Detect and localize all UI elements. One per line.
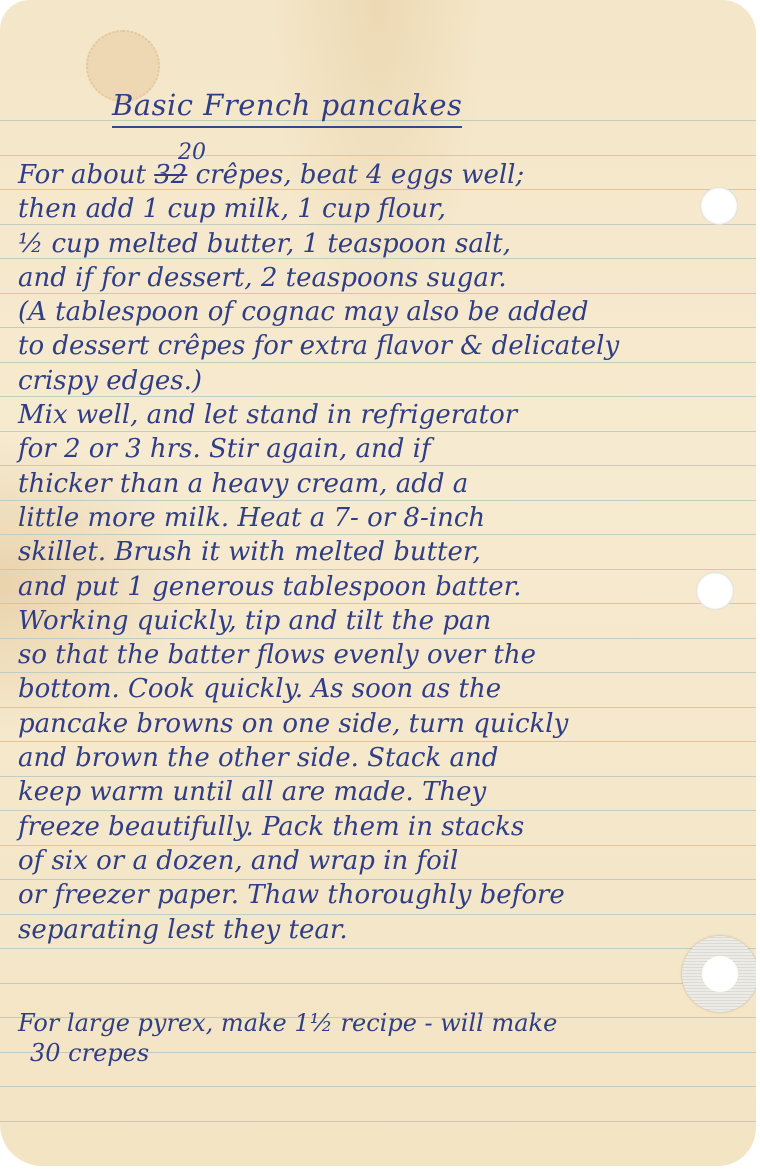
struck-yield: 32 <box>154 160 187 190</box>
ruled-line <box>0 1086 756 1087</box>
note-line: For large pyrex, make 1½ recipe - will m… <box>18 1008 748 1038</box>
recipe-line: and if for dessert, 2 teaspoons sugar. <box>18 261 728 295</box>
recipe-line: freeze beautifully. Pack them in stacks <box>18 810 728 844</box>
note-line: 30 crepes <box>18 1038 748 1068</box>
ruled-line <box>0 155 756 156</box>
recipe-line: For about 32 crêpes, beat 4 eggs well; <box>18 158 728 192</box>
recipe-line: Mix well, and let stand in refrigerator <box>18 398 728 432</box>
recipe-line: so that the batter flows evenly over the <box>18 638 728 672</box>
recipe-line: and brown the other side. Stack and <box>18 741 728 775</box>
recipe-line: thicker than a heavy cream, add a <box>18 467 728 501</box>
recipe-line: pancake browns on one side, turn quickly <box>18 707 728 741</box>
line-text: For about <box>18 160 154 190</box>
recipe-line: Working quickly, tip and tilt the pan <box>18 604 728 638</box>
ruled-line <box>0 948 756 949</box>
ruled-line <box>0 983 756 984</box>
recipe-line: to dessert crêpes for extra flavor & del… <box>18 329 728 363</box>
recipe-card: Basic French pancakes 20 For about 32 cr… <box>0 0 756 1166</box>
recipe-line: of six or a dozen, and wrap in foil <box>18 844 728 878</box>
recipe-line: ½ cup melted butter, 1 teaspoon salt, <box>18 227 728 261</box>
line-text: crêpes, beat 4 eggs well; <box>187 160 524 190</box>
recipe-line: keep warm until all are made. They <box>18 775 728 809</box>
recipe-line: and put 1 generous tablespoon batter. <box>18 570 728 604</box>
recipe-line: skillet. Brush it with melted butter, <box>18 535 728 569</box>
recipe-line: for 2 or 3 hrs. Stir again, and if <box>18 432 728 466</box>
recipe-instructions: For about 32 crêpes, beat 4 eggs well; t… <box>18 158 728 947</box>
hole-reinforcement-ring <box>682 936 756 1012</box>
recipe-line: then add 1 cup milk, 1 cup flour, <box>18 192 728 226</box>
recipe-line: crispy edges.) <box>18 364 728 398</box>
scaling-note: For large pyrex, make 1½ recipe - will m… <box>18 1008 748 1068</box>
recipe-line: separating lest they tear. <box>18 913 728 947</box>
recipe-line: little more milk. Heat a 7- or 8-inch <box>18 501 728 535</box>
recipe-line: or freezer paper. Thaw thoroughly before <box>18 878 728 912</box>
recipe-title: Basic French pancakes <box>112 88 462 128</box>
recipe-line: (A tablespoon of cognac may also be adde… <box>18 295 728 329</box>
recipe-line: bottom. Cook quickly. As soon as the <box>18 672 728 706</box>
punch-hole-bottom <box>702 956 738 992</box>
ruled-line <box>0 1121 756 1122</box>
